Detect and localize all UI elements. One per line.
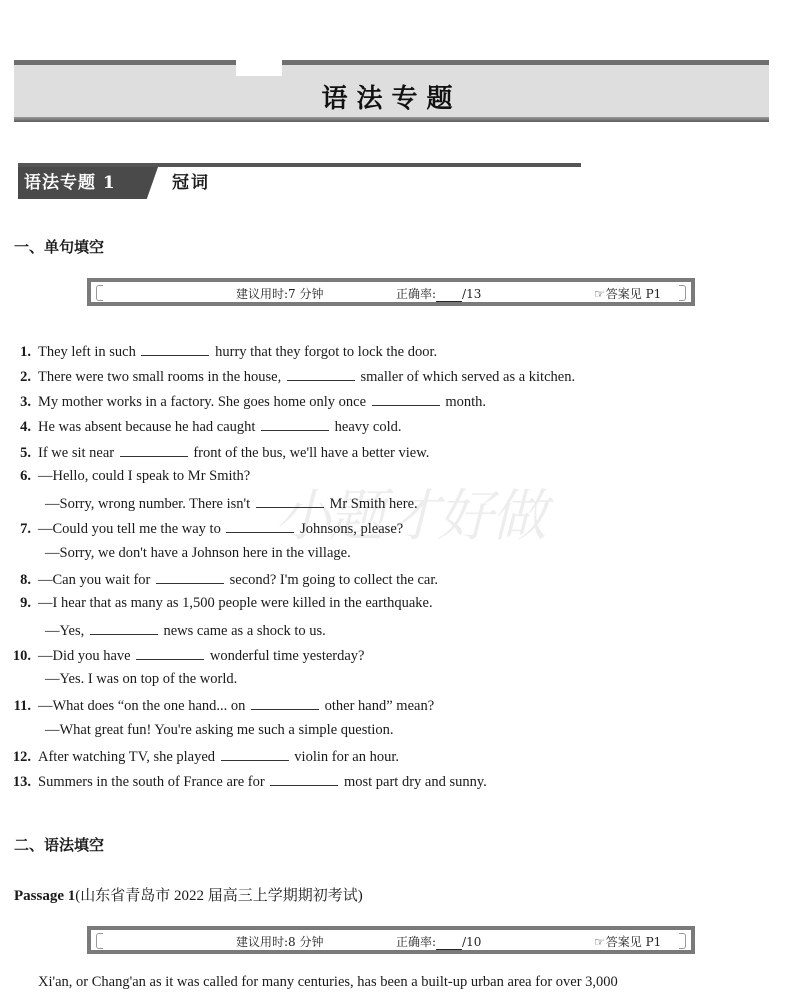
accuracy-total: /13 <box>462 287 481 301</box>
question-number: 7. <box>0 521 38 538</box>
question-text: wonderful time yesterday? <box>210 648 365 664</box>
question-text: —Yes, <box>45 623 84 639</box>
answer-reference: ☞答案见 P1 <box>594 285 661 302</box>
answer-blank[interactable] <box>287 367 355 381</box>
question-number: 1. <box>0 344 38 361</box>
question-text: —What does “on the one hand... on <box>38 698 245 714</box>
question-13: 13.Summers in the south of France are fo… <box>0 772 487 791</box>
answer-blank[interactable] <box>136 646 204 660</box>
question-10: 10.—Did you have wonderful time yesterda… <box>0 646 364 665</box>
question-number: 3. <box>0 394 38 411</box>
question-8: 8.—Can you wait for second? I'm going to… <box>0 570 438 589</box>
passage-title: Passage 1(山东省青岛市 2022 届高三上学期期初考试) <box>14 884 363 905</box>
pointing-hand-icon: ☞ <box>594 287 605 301</box>
question-text: Mr Smith here. <box>329 496 417 512</box>
question-text: There were two small rooms in the house, <box>38 369 281 385</box>
answer-blank[interactable] <box>221 747 289 761</box>
answer-blank[interactable] <box>256 494 324 508</box>
question-6: 6.—Hello, could I speak to Mr Smith? <box>0 468 250 485</box>
topic-tag: 语法专题 1 <box>18 167 158 199</box>
accuracy-label: 正确率: <box>396 935 436 949</box>
bracket-left-decoration <box>96 933 103 949</box>
question-7: 7.—Could you tell me the way to Johnsons… <box>0 519 403 538</box>
answer-page-label: 答案见 P1 <box>606 287 662 301</box>
passage-body: Xi'an, or Chang'an as it was called for … <box>38 974 618 991</box>
question-5: 5.If we sit near front of the bus, we'll… <box>0 443 429 462</box>
question-1: 1.They left in such hurry that they forg… <box>0 342 437 361</box>
accuracy-blank <box>436 937 462 950</box>
accuracy-label: 正确率: <box>396 287 436 301</box>
passage-source: (山东省青岛市 2022 届高三上学期期初考试) <box>75 888 363 904</box>
question-text: heavy cold. <box>335 419 402 435</box>
question-number: 10. <box>0 648 38 665</box>
answer-blank[interactable] <box>156 570 224 584</box>
question-text: month. <box>445 394 486 410</box>
answer-blank[interactable] <box>90 621 158 635</box>
banner-notch <box>236 60 282 76</box>
question-text: —Hello, could I speak to Mr Smith? <box>38 468 250 484</box>
question-text: front of the bus, we'll have a better vi… <box>193 445 429 461</box>
question-text: hurry that they forgot to lock the door. <box>215 344 437 360</box>
question-number: 4. <box>0 419 38 436</box>
answer-page-label: 答案见 P1 <box>606 935 662 949</box>
question-text: —I hear that as many as 1,500 people wer… <box>38 595 433 611</box>
question-text: After watching TV, she played <box>38 749 215 765</box>
info-box-passage-1: 建议用时:8 分钟 正确率:/10 ☞答案见 P1 <box>87 926 695 954</box>
accuracy-total: /10 <box>462 935 481 949</box>
answer-blank[interactable] <box>141 342 209 356</box>
question-text: If we sit near <box>38 445 114 461</box>
question-text: —Could you tell me the way to <box>38 521 221 537</box>
question-number: 9. <box>0 595 38 612</box>
question-number: 11. <box>0 698 38 715</box>
question-text: They left in such <box>38 344 136 360</box>
question-7-reply: —Sorry, we don't have a Johnson here in … <box>45 545 351 562</box>
section-heading-single-fill: 一、单句填空 <box>14 236 104 257</box>
answer-blank[interactable] <box>120 443 188 457</box>
question-9-reply: —Yes, news came as a shock to us. <box>45 621 326 640</box>
question-number: 5. <box>0 445 38 462</box>
question-text: Johnsons, please? <box>300 521 403 537</box>
section-heading-grammar-fill: 二、语法填空 <box>14 834 104 855</box>
accuracy: 正确率:/10 <box>396 933 481 950</box>
question-text: second? I'm going to collect the car. <box>230 572 438 588</box>
topic-rule <box>18 163 581 167</box>
accuracy: 正确率:/13 <box>396 285 481 302</box>
page-title: 语法专题 <box>14 78 769 115</box>
question-2: 2.There were two small rooms in the hous… <box>0 367 575 386</box>
question-text: most part dry and sunny. <box>344 774 487 790</box>
page-banner: 语法专题 <box>14 60 769 122</box>
question-text: —Can you wait for <box>38 572 150 588</box>
question-number: 8. <box>0 572 38 589</box>
question-text: My mother works in a factory. She goes h… <box>38 394 366 410</box>
bracket-right-decoration <box>679 285 686 301</box>
answer-blank[interactable] <box>251 696 319 710</box>
question-11-reply: —What great fun! You're asking me such a… <box>45 722 394 739</box>
accuracy-blank <box>436 289 462 302</box>
bracket-right-decoration <box>679 933 686 949</box>
question-number: 13. <box>0 774 38 791</box>
passage-label: Passage 1 <box>14 888 75 904</box>
info-box-section-1: 建议用时:7 分钟 正确率:/13 ☞答案见 P1 <box>87 278 695 306</box>
answer-blank[interactable] <box>226 519 294 533</box>
answer-blank[interactable] <box>372 392 440 406</box>
question-text: other hand” mean? <box>325 698 435 714</box>
question-number: 12. <box>0 749 38 766</box>
banner-top-rule-right <box>282 60 769 65</box>
question-number: 2. <box>0 369 38 386</box>
question-10-reply: —Yes. I was on top of the world. <box>45 671 237 688</box>
pointing-hand-icon: ☞ <box>594 935 605 949</box>
question-text: —Sorry, wrong number. There isn't <box>45 496 250 512</box>
question-11: 11.—What does “on the one hand... on oth… <box>0 696 434 715</box>
banner-top-rule <box>14 60 236 65</box>
bracket-left-decoration <box>96 285 103 301</box>
question-text: —Did you have <box>38 648 131 664</box>
question-number: 6. <box>0 468 38 485</box>
question-12: 12.After watching TV, she played violin … <box>0 747 399 766</box>
topic-name: 冠词 <box>172 167 210 199</box>
suggested-time: 建议用时:7 分钟 <box>236 285 324 302</box>
suggested-time: 建议用时:8 分钟 <box>236 933 324 950</box>
question-text: news came as a shock to us. <box>163 623 325 639</box>
question-text: He was absent because he had caught <box>38 419 255 435</box>
question-text: smaller of which served as a kitchen. <box>360 369 575 385</box>
question-9: 9.—I hear that as many as 1,500 people w… <box>0 595 433 612</box>
question-4: 4.He was absent because he had caught he… <box>0 417 402 436</box>
answer-blank[interactable] <box>270 772 338 786</box>
answer-blank[interactable] <box>261 417 329 431</box>
question-text: violin for an hour. <box>294 749 399 765</box>
question-3: 3.My mother works in a factory. She goes… <box>0 392 486 411</box>
banner-bottom-rule <box>14 117 769 122</box>
topic-header: 语法专题 1 冠词 <box>18 163 581 199</box>
answer-reference: ☞答案见 P1 <box>594 933 661 950</box>
question-text: Summers in the south of France are for <box>38 774 265 790</box>
question-6-reply: —Sorry, wrong number. There isn't Mr Smi… <box>45 494 418 513</box>
